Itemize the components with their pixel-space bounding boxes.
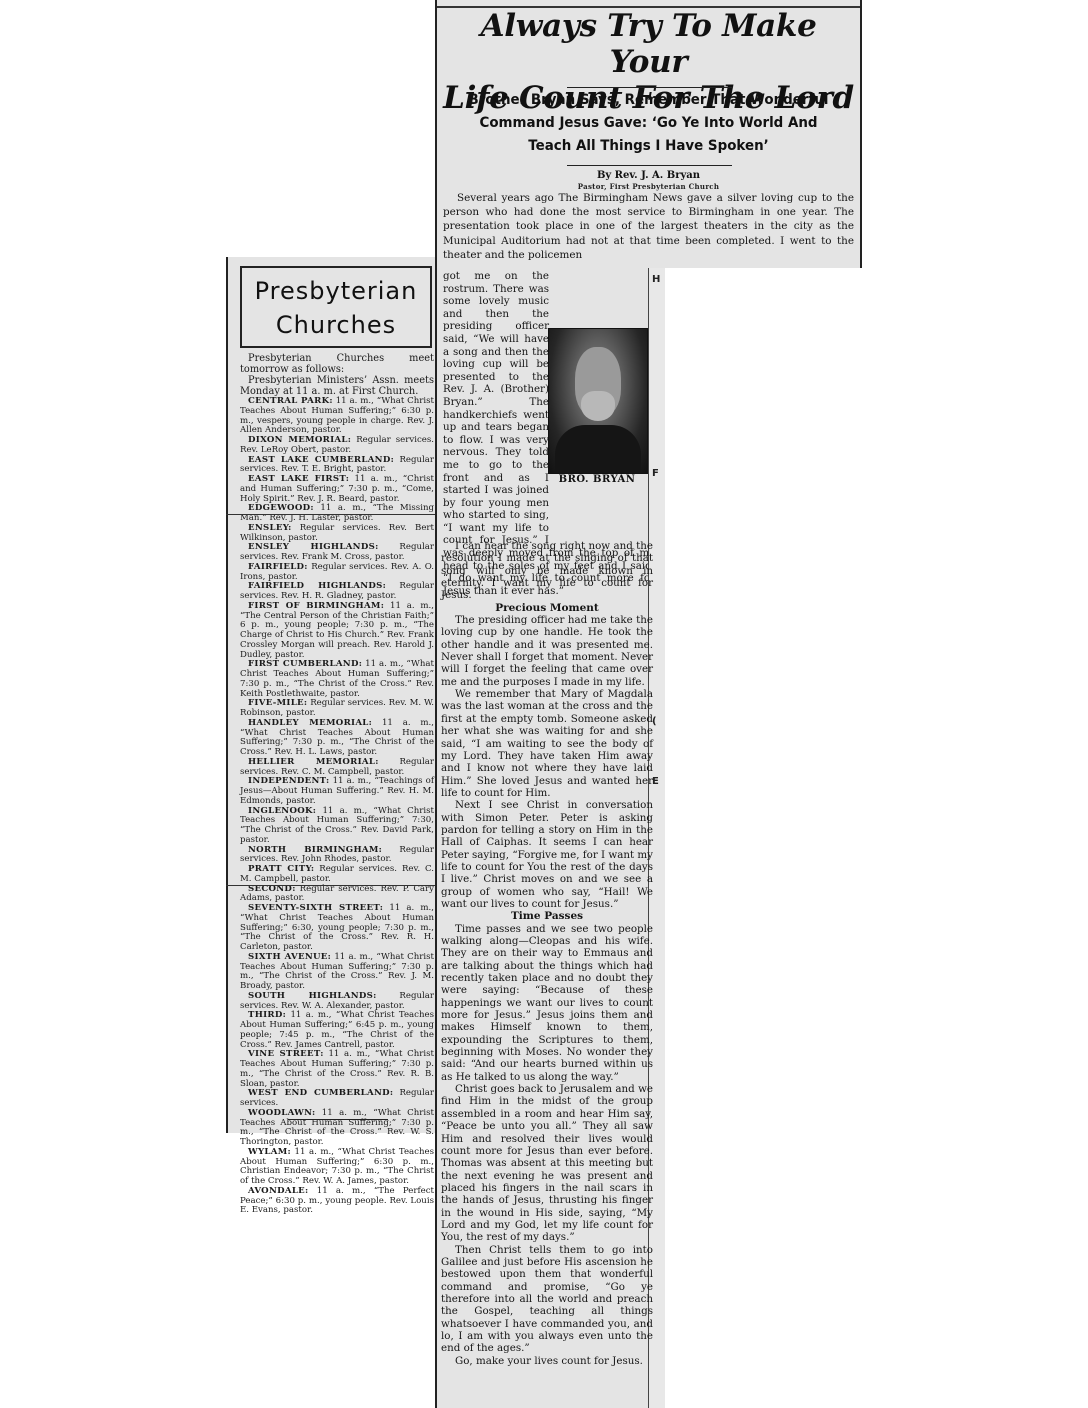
church-entries: CENTRAL PARK: 11 a. m., “What Christ Tea… — [240, 397, 434, 1216]
church-name: FIVE-MILE: — [248, 698, 307, 708]
sidebar-intro: Presbyterian Churches meet tomorrow as f… — [240, 353, 434, 375]
church-entry: VINE STREET: 11 a. m., “What Christ Teac… — [240, 1050, 434, 1089]
church-name: HELLIER MEMORIAL: — [248, 757, 379, 767]
church-entry: EAST LAKE FIRST: 11 a. m., “Christ and H… — [240, 475, 434, 504]
body-paragraph: The presiding officer had me take the lo… — [441, 614, 653, 688]
byline: By Rev. J. A. Bryan — [437, 170, 860, 181]
portrait-beard — [581, 391, 615, 421]
church-entry: SEVENTY-SIXTH STREET: 11 a. m., “What Ch… — [240, 904, 434, 953]
church-name: SOUTH HIGHLANDS: — [248, 991, 377, 1001]
church-entry: ENSLEY HIGHLANDS: Regular services. Rev.… — [240, 543, 434, 563]
article-header-clipping: Always Try To Make Your Life Count For T… — [435, 0, 862, 268]
church-name: ENSLEY HIGHLANDS: — [248, 542, 379, 552]
body-paragraph: Christ goes back to Jerusalem and we fin… — [441, 1083, 653, 1243]
body-paragraph: Time passes and we see two people walkin… — [441, 923, 653, 1083]
church-entry: PRATT CITY: Regular services. Rev. C. M.… — [240, 865, 434, 885]
church-entry: HELLIER MEMORIAL: Regular services. Rev.… — [240, 758, 434, 778]
fold-line — [226, 514, 438, 515]
strip-fragment: H — [652, 274, 660, 285]
church-entry: FIVE-MILE: Regular services. Rev. M. W. … — [240, 699, 434, 719]
church-entry: INGLENOOK: 11 a. m., “What Christ Teache… — [240, 807, 434, 846]
church-entry: CENTRAL PARK: 11 a. m., “What Christ Tea… — [240, 397, 434, 436]
church-list: Presbyterian Churches meet tomorrow as f… — [240, 353, 434, 1216]
church-name: WYLAM: — [248, 1147, 291, 1157]
church-service-details: 11 a. m., “The Central Person of the Chr… — [240, 601, 434, 660]
deck-rule — [567, 165, 732, 166]
church-name: EAST LAKE FIRST: — [248, 474, 349, 484]
church-entry: FIRST OF BIRMINGHAM: 11 a. m., “The Cent… — [240, 602, 434, 661]
church-entry: WOODLAWN: 11 a. m., “What Christ Teaches… — [240, 1109, 434, 1148]
church-entry: NORTH BIRMINGHAM: Regular services. Rev.… — [240, 846, 434, 866]
church-name: AVONDALE: — [248, 1186, 309, 1196]
church-name: FAIRFIELD: — [248, 562, 308, 572]
church-name: SIXTH AVENUE: — [248, 952, 331, 962]
church-entry: ENSLEY: Regular services. Rev. Bert Wilk… — [240, 524, 434, 544]
end-rule — [288, 1119, 388, 1120]
church-entry: FAIRFIELD: Regular services. Rev. A. O. … — [240, 563, 434, 583]
church-entry: INDEPENDENT: 11 a. m., “Teachings of Jes… — [240, 777, 434, 806]
body-paragraph: We remember that Mary of Magdala was the… — [441, 688, 653, 799]
church-entry: SOUTH HIGHLANDS: Regular services. Rev. … — [240, 992, 434, 1012]
church-entry: SECOND: Regular services. Rev. P. Cary A… — [240, 885, 434, 905]
headline-line1: Always Try To Make Your — [443, 8, 854, 80]
church-name: NORTH BIRMINGHAM: — [248, 845, 382, 855]
body-paragraph: Next I see Christ in conversation with S… — [441, 799, 653, 910]
church-name: THIRD: — [248, 1010, 286, 1020]
church-entry: HANDLEY MEMORIAL: 11 a. m., “What Christ… — [240, 719, 434, 758]
church-entry: WYLAM: 11 a. m., “What Christ Teaches Ab… — [240, 1148, 434, 1187]
article-body-text: I can hear the song right now and the re… — [441, 540, 653, 1367]
church-listing-clipping: Presbyterian Churches Presbyterian Churc… — [226, 257, 438, 1133]
church-name: WOODLAWN: — [248, 1108, 315, 1118]
ministers-notice: Presbyterian Ministers’ Assn. meets Mond… — [240, 375, 434, 397]
church-name: VINE STREET: — [248, 1049, 324, 1059]
church-entry: THIRD: 11 a. m., “What Christ Teaches Ab… — [240, 1011, 434, 1050]
church-entry: FIRST CUMBERLAND: 11 a. m., “What Christ… — [240, 660, 434, 699]
church-entry: SIXTH AVENUE: 11 a. m., “What Christ Tea… — [240, 953, 434, 992]
church-name: EDGEWOOD: — [248, 503, 314, 513]
body-paragraph: Go, make your lives count for Jesus. — [441, 1355, 653, 1367]
body-paragraph: I can hear the song right now and the re… — [441, 540, 653, 602]
sidebar-title-box: Presbyterian Churches — [240, 266, 432, 348]
portrait-photo — [548, 328, 648, 474]
subhead-precious-moment: Precious Moment — [441, 602, 653, 614]
church-name: EAST LAKE CUMBERLAND: — [248, 455, 394, 465]
sidebar-title-line2: Churches — [242, 308, 430, 342]
church-name: FIRST OF BIRMINGHAM: — [248, 601, 384, 611]
church-name: ENSLEY: — [248, 523, 292, 533]
church-entry: WEST END CUMBERLAND: Regular services. — [240, 1089, 434, 1109]
article-deck: Brother Bryan Says, Remember That Wonder… — [461, 88, 835, 157]
photo-caption: BRO. BRYAN — [548, 474, 646, 485]
strip-fragment: F — [652, 468, 659, 479]
church-name: SEVENTY-SIXTH STREET: — [248, 903, 383, 913]
church-name: PRATT CITY: — [248, 864, 314, 874]
byline-title: Pastor, First Presbyterian Church — [437, 182, 860, 191]
strip-fragment: E — [652, 776, 659, 787]
church-entry: EAST LAKE CUMBERLAND: Regular services. … — [240, 456, 434, 476]
church-name: FAIRFIELD HIGHLANDS: — [248, 581, 386, 591]
church-name: WEST END CUMBERLAND: — [248, 1088, 393, 1098]
church-name: INDEPENDENT: — [248, 776, 329, 786]
sidebar-title-line1: Presbyterian — [242, 274, 430, 308]
church-name: DIXON MEMORIAL: — [248, 435, 351, 445]
church-name: INGLENOOK: — [248, 806, 316, 816]
church-entry: FAIRFIELD HIGHLANDS: Regular services. R… — [240, 582, 434, 602]
church-name: FIRST CUMBERLAND: — [248, 659, 362, 669]
church-name: CENTRAL PARK: — [248, 396, 333, 406]
body-paragraph: Then Christ tells them to go into Galile… — [441, 1244, 653, 1355]
fold-line — [226, 885, 438, 886]
church-name: HANDLEY MEMORIAL: — [248, 718, 372, 728]
church-entry: AVONDALE: 11 a. m., “The Perfect Peace;”… — [240, 1187, 434, 1216]
subhead-time-passes: Time Passes — [441, 910, 653, 922]
lead-paragraph: Several years ago The Birmingham News ga… — [443, 191, 854, 262]
portrait-coat — [555, 425, 641, 473]
church-entry: DIXON MEMORIAL: Regular services. Rev. L… — [240, 436, 434, 456]
